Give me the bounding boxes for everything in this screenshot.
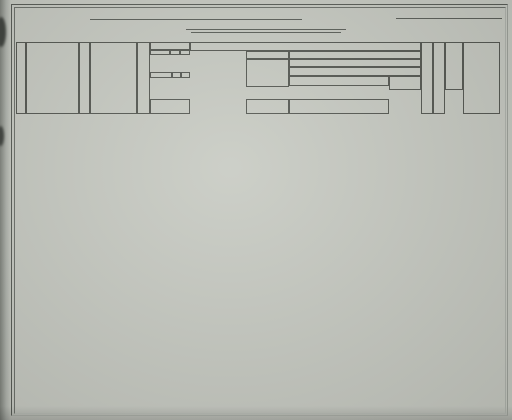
anzahl-unit-joch [170, 50, 180, 55]
aushebbare-note [289, 51, 421, 59]
anzahl-box-title [150, 42, 190, 50]
col-header-foreign-present [433, 42, 445, 114]
anzahl-unit-spacer [150, 50, 170, 55]
nachsicht-note [246, 59, 289, 87]
nachsicht-unit [246, 99, 289, 114]
aushebbare-line2 [289, 67, 421, 76]
land-fill-line[interactable] [90, 19, 302, 20]
col-header-house-number [16, 42, 26, 114]
conscription-fill-line[interactable] [396, 18, 502, 19]
absent-places-title [445, 42, 463, 90]
title-underline-2 [191, 32, 341, 33]
reserve-label [389, 76, 421, 90]
col-header-residents-names [90, 42, 137, 114]
scanned-census-form [0, 0, 512, 420]
anzahl-footer-qualification [150, 99, 190, 114]
col-header-military-discharged [421, 42, 433, 114]
linie-label [289, 76, 389, 86]
linie-footer [289, 99, 389, 114]
anzahl-sub-w [181, 72, 190, 78]
anzahl-sub-spacer [150, 72, 172, 78]
col-header-owner-name [26, 42, 79, 114]
anzahl-unit-klafter [180, 50, 190, 55]
scan-edge-shadow [0, 0, 11, 420]
title-underline [186, 29, 346, 30]
col-header-dwelling-number [79, 42, 90, 114]
nachsicht-title [246, 51, 289, 59]
aushebbare-line1 [289, 59, 421, 67]
anzahl-sub-m [172, 72, 181, 78]
remark-column-header [463, 42, 500, 114]
classification-title [190, 42, 421, 51]
col-header-birth-year [137, 42, 150, 114]
